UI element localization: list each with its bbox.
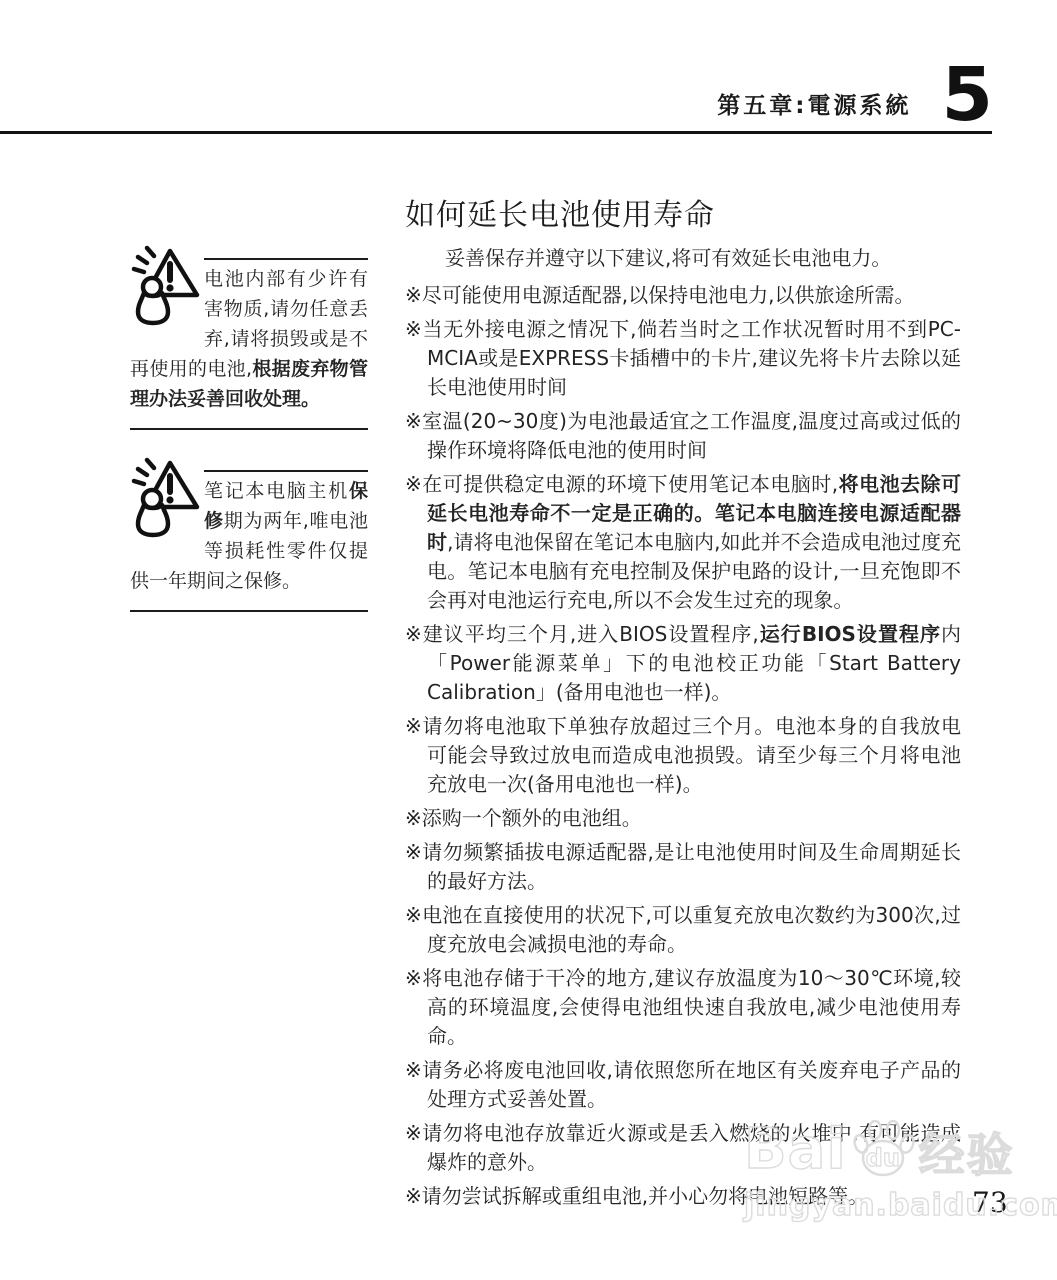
battery-tip-text: 电池在直接使用的状况下,可以重复充放电次数约为300次,过度充放电会减损电池的寿… (422, 903, 961, 956)
battery-tip-item: ※室温(20~30度)为电池最适宜之工作温度,温度过高或过低的操作环境将降低电池… (405, 407, 961, 465)
bullet-marker: ※ (405, 903, 422, 927)
battery-tip-text: 建议平均三个月,进入BIOS设置程序,运行BIOS设置程序内「Power能源菜单… (423, 622, 961, 704)
battery-tip-item: ※请勿尝试拆解或重组电池,并小心勿将电池短路等。 (405, 1182, 961, 1211)
warning-top-divider (204, 258, 368, 260)
battery-tip-text: 请勿频繁插拔电源适配器,是让电池使用时间及生命周期延长的最好方法。 (422, 840, 961, 893)
battery-tip-text: 室温(20~30度)为电池最适宜之工作温度,温度过高或过低的操作环境将降低电池的… (422, 409, 961, 462)
warning-note: 电池内部有少许有害物质,请勿任意丢弃,请将损毁或是不再使用的电池,根据废弃物管理… (130, 244, 368, 430)
battery-tip-text: 请勿将电池存放靠近火源或是丢入燃烧的火堆中,有可能造成爆炸的意外。 (422, 1121, 961, 1174)
battery-tip-item: ※添购一个额外的电池组。 (405, 804, 961, 833)
page-number: 73 (972, 1186, 1008, 1219)
bullet-marker: ※ (405, 714, 423, 738)
bullet-marker: ※ (405, 1121, 422, 1145)
warning-hand-icon (130, 456, 202, 538)
battery-tip-text: 当无外接电源之情况下,倘若当时之工作状况暂时用不到PC-MCIA或是EXPRES… (423, 317, 961, 399)
bullet-marker: ※ (405, 1184, 422, 1208)
battery-tip-item: ※尽可能使用电源适配器,以保持电池电力,以供旅途所需。 (405, 281, 961, 310)
header-divider (0, 131, 992, 134)
battery-tip-text: 请务必将废电池回收,请依照您所在地区有关废弃电子产品的处理方式妥善处置。 (422, 1058, 961, 1111)
intro-text: 妥善保存并遵守以下建议,将可有效延长电池电力。 (405, 244, 961, 273)
battery-tip-item: ※请务必将废电池回收,请依照您所在地区有关废弃电子产品的处理方式妥善处置。 (405, 1056, 961, 1114)
bullet-marker: ※ (405, 1058, 422, 1082)
bullet-marker: ※ (405, 806, 422, 830)
battery-tip-item: ※将电池存储于干冷的地方,建议存放温度为10〜30℃环境,较高的环境温度,会使得… (405, 964, 961, 1051)
bullet-marker: ※ (405, 472, 422, 496)
battery-tip-item: ※在可提供稳定电源的环境下使用笔记本电脑时,将电池去除可延长电池寿命不一定是正确… (405, 470, 961, 615)
chapter-title: 第五章:電源系統 (717, 87, 911, 130)
warning-top-divider (204, 470, 368, 472)
chapter-header: 第五章:電源系統 5 (717, 60, 993, 130)
bullet-marker: ※ (405, 966, 422, 990)
chapter-number: 5 (942, 60, 994, 130)
battery-tip-item: ※请勿将电池存放靠近火源或是丢入燃烧的火堆中,有可能造成爆炸的意外。 (405, 1119, 961, 1177)
warning-list: 电池内部有少许有害物质,请勿任意丢弃,请将损毁或是不再使用的电池,根据废弃物管理… (130, 244, 368, 612)
bullet-marker: ※ (405, 317, 423, 341)
bullet-marker: ※ (405, 622, 423, 646)
battery-tip-list: ※尽可能使用电源适配器,以保持电池电力,以供旅途所需。 ※当无外接电源之情况下,… (405, 281, 961, 1211)
battery-tip-text: 尽可能使用电源适配器,以保持电池电力,以供旅途所需。 (422, 283, 915, 307)
warning-hand-icon (130, 244, 202, 326)
bullet-marker: ※ (405, 283, 422, 307)
section-title: 如何延长电池使用寿命 (405, 190, 961, 234)
sidebar-warnings: 电池内部有少许有害物质,请勿任意丢弃,请将损毁或是不再使用的电池,根据废弃物管理… (130, 244, 368, 612)
main-content: 如何延长电池使用寿命 妥善保存并遵守以下建议,将可有效延长电池电力。 ※尽可能使… (405, 190, 961, 1216)
battery-tip-text: 添购一个额外的电池组。 (422, 806, 642, 830)
battery-tip-text: 在可提供稳定电源的环境下使用笔记本电脑时,将电池去除可延长电池寿命不一定是正确的… (422, 472, 961, 612)
bullet-marker: ※ (405, 840, 422, 864)
battery-tip-item: ※请勿将电池取下单独存放超过三个月。电池本身的自我放电可能会导致过放电而造成电池… (405, 712, 961, 799)
warning-note: 笔记本电脑主机保修期为两年,唯电池等损耗性零件仅提供一年期间之保修。 (130, 456, 368, 612)
battery-tip-text: 请勿将电池取下单独存放超过三个月。电池本身的自我放电可能会导致过放电而造成电池损… (423, 714, 962, 796)
battery-tip-item: ※请勿频繁插拔电源适配器,是让电池使用时间及生命周期延长的最好方法。 (405, 838, 961, 896)
battery-tip-item: ※电池在直接使用的状况下,可以重复充放电次数约为300次,过度充放电会减损电池的… (405, 901, 961, 959)
bullet-marker: ※ (405, 409, 422, 433)
battery-tip-item: ※建议平均三个月,进入BIOS设置程序,运行BIOS设置程序内「Power能源菜… (405, 620, 961, 707)
battery-tip-item: ※当无外接电源之情况下,倘若当时之工作状况暂时用不到PC-MCIA或是EXPRE… (405, 315, 961, 402)
battery-tip-text: 请勿尝试拆解或重组电池,并小心勿将电池短路等。 (422, 1184, 868, 1208)
battery-tip-text: 将电池存储于干冷的地方,建议存放温度为10〜30℃环境,较高的环境温度,会使得电… (422, 966, 961, 1048)
